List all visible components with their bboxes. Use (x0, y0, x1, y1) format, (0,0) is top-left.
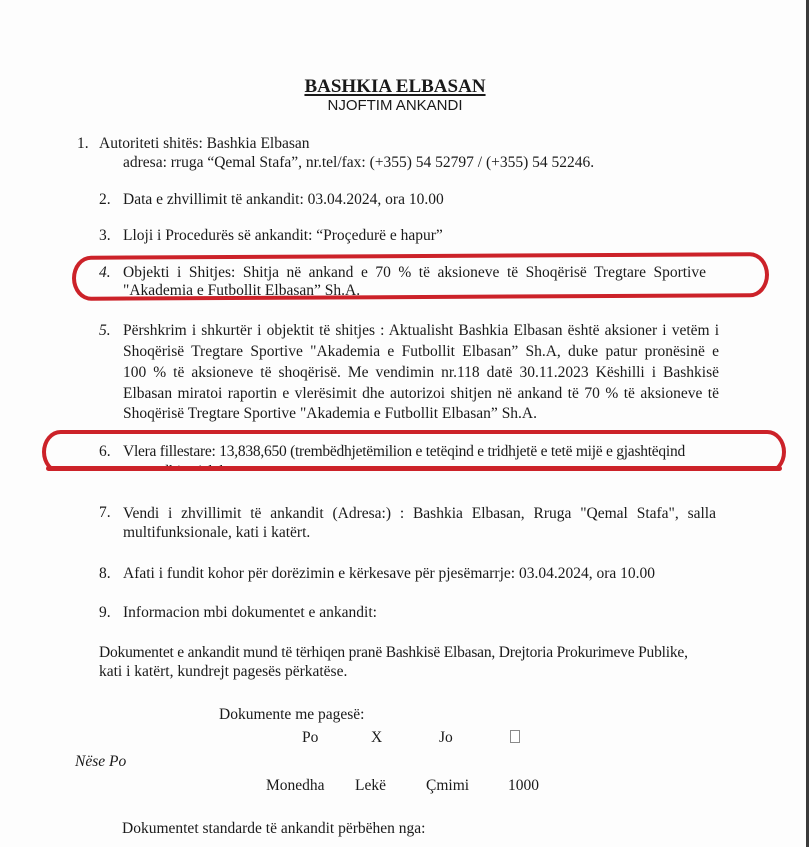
documents-paragraph-line: Dokumentet e ankandit mund të tërhiqen p… (99, 643, 688, 663)
item-text: multifunksionale, kati i katërt. (123, 523, 310, 543)
document-subtitle: NJOFTIM ANKANDI (0, 97, 790, 115)
item-number: 5. (99, 321, 111, 341)
paid-documents-no-checkbox[interactable] (510, 730, 520, 743)
item-number: 7. (99, 503, 111, 523)
standard-documents-label: Dokumentet standarde të ankandit përbëhe… (122, 819, 425, 839)
paid-documents-yes-mark: X (371, 728, 382, 748)
annotation-mask (46, 470, 782, 482)
highlight-annotation-item-4 (72, 252, 769, 301)
item-text: Përshkrim i shkurtër i objektit të shitj… (123, 320, 719, 341)
highlight-annotation-bottom-stroke (46, 466, 782, 471)
price-label: Çmimi (426, 776, 469, 796)
item-text: adresa: rruga “Qemal Stafa”, nr.tel/fax:… (123, 153, 594, 173)
currency-value: Lekë (355, 776, 386, 796)
item-text: 100 % të aksioneve të shoqërisë. Me vend… (123, 362, 719, 383)
documents-paragraph-line: kati i katërt, kundrejt pagesës përkatës… (99, 662, 347, 682)
currency-label: Monedha (266, 776, 325, 796)
item-number: 9. (99, 603, 111, 623)
paid-documents-yes-label: Po (302, 728, 318, 748)
item-number: 3. (99, 226, 111, 246)
item-text: Elbasan miratoi raportin e vlerësimit dh… (123, 383, 719, 404)
item-text: Vendi i zhvillimit të ankandit (Adresa:)… (123, 503, 716, 524)
if-yes-label: Nëse Po (75, 752, 126, 772)
price-value: 1000 (508, 776, 539, 796)
item-text: Informacion mbi dokumentet e ankandit: (123, 603, 377, 623)
item-number: 2. (99, 190, 111, 210)
document-title: BASHKIA ELBASAN (0, 77, 790, 97)
item-number: 1. (77, 134, 89, 154)
item-number: 8. (99, 564, 111, 584)
item-text: Shoqërisë Tregtare Sportive "Akademia e … (123, 404, 537, 424)
item-text: Shoqërisë Tregtare Sportive "Akademia e … (123, 341, 719, 362)
item-text: Autoriteti shitës: Bashkia Elbasan (99, 134, 310, 154)
document-page: BASHKIA ELBASAN NJOFTIM ANKANDI 1. Autor… (0, 0, 806, 847)
item-text: Afati i fundit kohor për dorëzimin e kër… (123, 564, 655, 584)
item-text: Data e zhvillimit të ankandit: 03.04.202… (123, 190, 444, 210)
item-text: Lloji i Procedurës së ankandit: “Proçedu… (123, 226, 443, 246)
paid-documents-no-label: Jo (439, 728, 453, 748)
paid-documents-label: Dokumente me pagesë: (219, 705, 364, 725)
